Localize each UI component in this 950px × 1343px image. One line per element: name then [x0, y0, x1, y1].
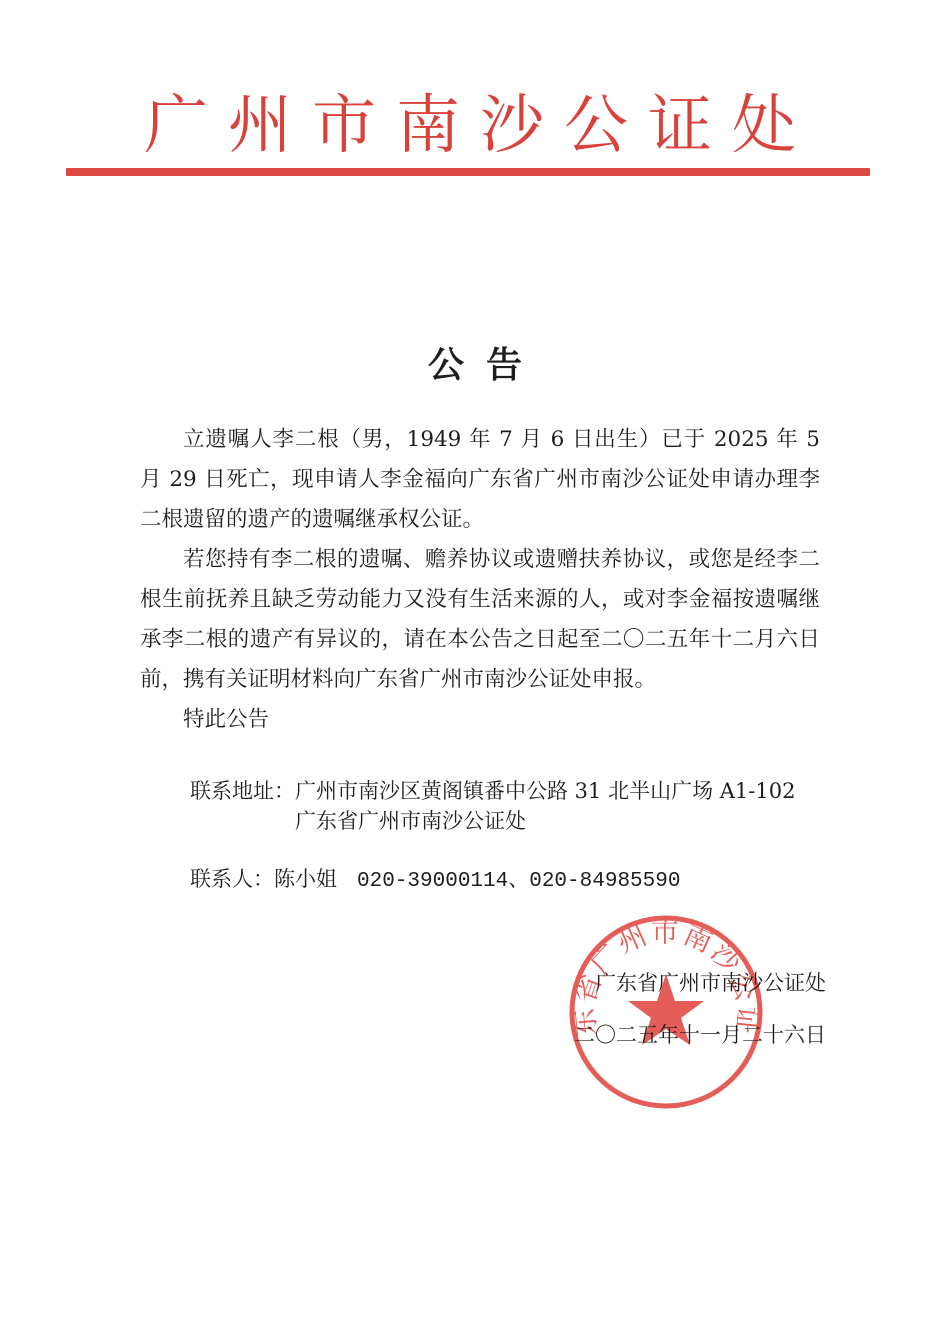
notice-title: 公告 [0, 340, 950, 390]
person-name: 陈小姐 [274, 867, 337, 891]
official-seal: 广东省广州市南沙公证处 [566, 912, 766, 1112]
person-label: 联系人： [190, 867, 274, 891]
address-label: 联系地址： [190, 776, 295, 836]
address-line-1: 广州市南沙区黄阁镇番中公路 31 北半山广场 A1-102 [295, 776, 795, 806]
phone-numbers: 020-39000114、020-84985590 [357, 870, 680, 893]
signature-organization: 广东省广州市南沙公证处 [595, 968, 826, 998]
notice-body: 立遗嘱人李二根（男，1949 年 7 月 6 日出生）已于 2025 年 5 月… [140, 420, 820, 740]
paragraph-objection: 若您持有李二根的遗嘱、赡养协议或遗赠扶养协议，或您是经李二根生前抚养且缺乏劳动能… [140, 540, 820, 700]
signature-date: 二〇二五年十一月二十六日 [574, 1020, 826, 1050]
letterhead-title: 广州市南沙公证处 [0, 86, 950, 166]
letterhead-rule [66, 168, 870, 176]
contact-person: 联系人：陈小姐020-39000114、020-84985590 [190, 864, 680, 897]
contact-address: 联系地址： 广州市南沙区黄阁镇番中公路 31 北半山广场 A1-102 广东省广… [190, 776, 795, 836]
address-line-2: 广东省广州市南沙公证处 [295, 806, 795, 836]
paragraph-closing: 特此公告 [140, 700, 820, 740]
paragraph-will: 立遗嘱人李二根（男，1949 年 7 月 6 日出生）已于 2025 年 5 月… [140, 420, 820, 540]
